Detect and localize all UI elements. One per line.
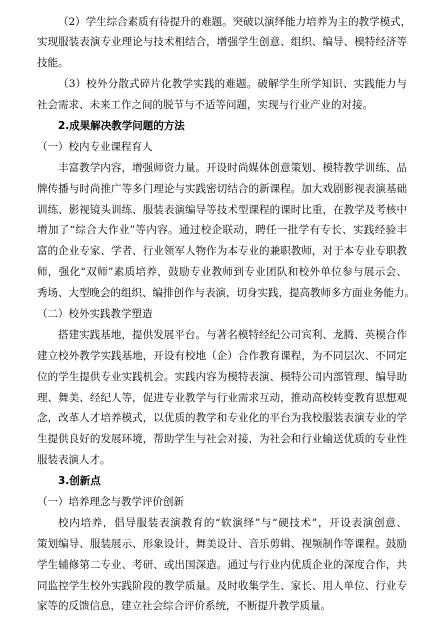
paragraph-line: 训练、影视镜头训练、服装表演编导等技术型课程的课时比重，在教学及考核中	[37, 200, 407, 221]
paragraph-line: 技能。	[37, 53, 407, 74]
subheading-training-evaluation: （一）培养理念与教学评价创新	[37, 492, 407, 513]
document-body: （2）学生综合素质有待提升的难题。突破以演绎能力培养为主的教学模式， 实现服装表…	[37, 12, 407, 618]
section-heading-innovation: 3.创新点	[37, 471, 407, 492]
paragraph-line: 社会需求、未来工作之间的脱节与不适等问题，实现与行业产业的对接。	[37, 95, 407, 116]
paragraph-line: 秀场、大型晚会的组织、编排创作与表演，切身实践，提高教师多方面业务能力。	[37, 283, 407, 304]
paragraph-oncampus-training: 校内培养，倡导服装表演教育的“软演绎”与“硬技术”，开设表演创意、 策划编导、服…	[37, 513, 407, 617]
paragraph-line: 增加了“综合大作业”等内容。通过校企联动，聘任一批学有专长、实践经验丰	[37, 220, 407, 241]
paragraph-line: 师，强化“双师”素质培养，鼓励专业教师到专业团队和校外单位参与展示会、	[37, 262, 407, 283]
paragraph-line: 策划编导、服装展示、形象设计、舞美设计、音乐剪辑、视频制作等课程。鼓励	[37, 534, 407, 555]
subheading-offcampus-practice: （二）校外实践教学塑造	[37, 304, 407, 325]
document-page: （2）学生综合素质有待提升的难题。突破以演绎能力培养为主的教学模式， 实现服装表…	[0, 0, 441, 640]
paragraph-line: 念，改革人才培养模式，以优质的教学和专业化的平台为我校服装表演专业的学	[37, 408, 407, 429]
section-heading-methods: 2.成果解决教学问题的方法	[37, 116, 407, 137]
paragraph-practice-base: 搭建实践基地，提供发展平台。与著名模特经纪公司宾利、龙腾、英模合作 建立校外教学…	[37, 325, 407, 471]
paragraph-student-quality: （2）学生综合素质有待提升的难题。突破以演绎能力培养为主的教学模式， 实现服装表…	[37, 12, 407, 75]
paragraph-line: 家等的反馈信息，建立社会综合评价系统，不断提升教学质量。	[37, 596, 407, 617]
paragraph-line: 富的企业专家、学者、行业领军人物作为本专业的兼职教师，对于本专业专职教	[37, 241, 407, 262]
paragraph-line: 生提供良好的发展环境，帮助学生与社会对接，为社会和行业输送优质的专业性	[37, 429, 407, 450]
paragraph-line: 学生辅修第二专业、考研、或出国深造。通过与行业内优质企业的深度合作，共	[37, 555, 407, 576]
paragraph-line: 同监控学生校外实践阶段的教学质量。及时收集学生、家长、用人单位、行业专	[37, 576, 407, 597]
paragraph-line: 位的学生提供专业实践机会。实践内容为模特表演、模特公司内部管理、编导助	[37, 367, 407, 388]
paragraph-line: 搭建实践基地，提供发展平台。与著名模特经纪公司宾利、龙腾、英模合作	[37, 325, 407, 346]
subheading-oncampus-courses: （一）校内专业课程育人	[37, 137, 407, 158]
paragraph-line: （2）学生综合素质有待提升的难题。突破以演绎能力培养为主的教学模式，	[37, 12, 407, 33]
paragraph-offcampus-practice: （3）校外分散式碎片化教学实践的难题。破解学生所学知识、实践能力与 社会需求、未…	[37, 74, 407, 116]
paragraph-teaching-content: 丰富教学内容，增强师资力量。开设时尚媒体创意策划、模特教学训练、品 牌传播与时尚…	[37, 158, 407, 304]
paragraph-line: 建立校外教学实践基地，开设有校地（企）合作教育课程，为不同层次、不同定	[37, 346, 407, 367]
paragraph-line: 校内培养，倡导服装表演教育的“软演绎”与“硬技术”，开设表演创意、	[37, 513, 407, 534]
paragraph-line: 实现服装表演专业理论与技术相结合，增强学生创意、组织、编导、模特经济等	[37, 32, 407, 53]
paragraph-line: 丰富教学内容，增强师资力量。开设时尚媒体创意策划、模特教学训练、品	[37, 158, 407, 179]
paragraph-line: 牌传播与时尚推广等多门理论与实践密切结合的新课程。加大戏剧影视表演基础	[37, 179, 407, 200]
paragraph-line: 服装表演人才。	[37, 450, 407, 471]
paragraph-line: 理、舞美、经纪人等，促进专业教学与行业需求互动，推动高校转变教育思想观	[37, 388, 407, 409]
paragraph-line: （3）校外分散式碎片化教学实践的难题。破解学生所学知识、实践能力与	[37, 74, 407, 95]
